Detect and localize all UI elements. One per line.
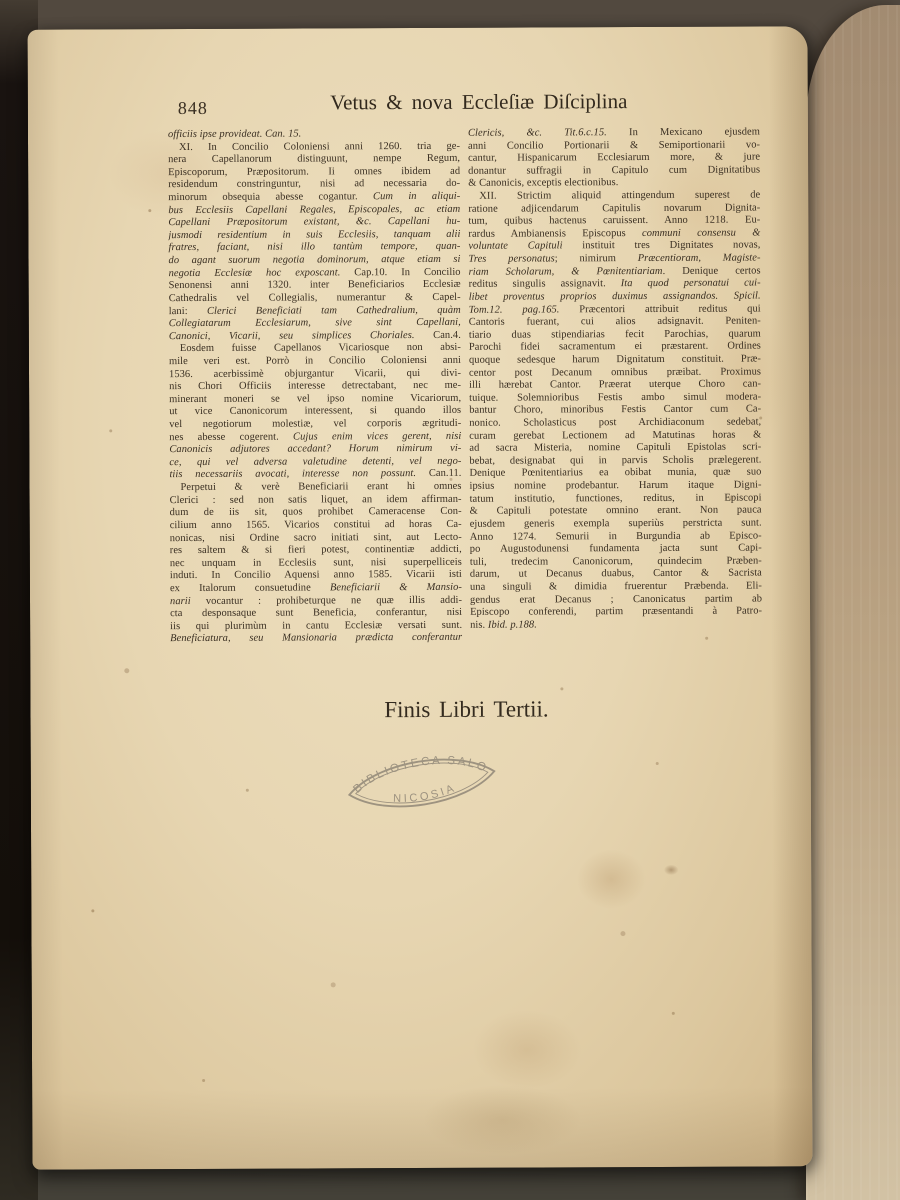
text-line: curam gerebat Lectionem ad Matutinas hor… bbox=[469, 429, 761, 443]
text-line: ipsius nomine prodebantur. Harum itaque … bbox=[469, 480, 761, 494]
text-line: tiario duas stipendiarias fecit Parochia… bbox=[469, 328, 761, 342]
text-line: illi hærebat Cantor. Præerat uterque Cho… bbox=[469, 379, 761, 393]
photo-backdrop: 848 Vetus & nova Eccleſiæ Diſciplina off… bbox=[0, 0, 900, 1200]
text-line: vel negotiorum molestiæ, vel corporis æg… bbox=[169, 418, 461, 432]
text-line: cilium anno 1565. Vicarios constitui ad … bbox=[170, 519, 462, 533]
book-page: 848 Vetus & nova Eccleſiæ Diſciplina off… bbox=[28, 26, 813, 1169]
text-line: ex Italorum consuetudine Beneficiarii & … bbox=[170, 582, 462, 596]
text-line: officiis ipse provideat. Can. 15. bbox=[168, 128, 460, 142]
stain bbox=[472, 1009, 582, 1089]
text-line: residendum constringuntur, nisi ad neces… bbox=[168, 178, 460, 192]
text-line: tiis necessariis avocati, interesse non … bbox=[169, 468, 461, 482]
text-line: XI. In Concilio Coloniensi anni 1260. tr… bbox=[168, 140, 460, 154]
text-line: ratione adjicendarum Capitulis novarum D… bbox=[468, 202, 760, 216]
text-line: nonico. Scholasticus post Archidiaconum … bbox=[469, 417, 761, 431]
text-line: minorum obsequia abesse cogantur. Cum in… bbox=[168, 191, 460, 205]
text-line: Denique Pœnitentiarius ea obibat munia, … bbox=[469, 467, 761, 481]
text-line: quoque sedesque harum Dignitatum constit… bbox=[469, 353, 761, 367]
text-line: Episcoporum, Præpositorum. Ii omnes ibid… bbox=[168, 166, 460, 180]
text-line: rardus Ambianensis Episcopus communi con… bbox=[468, 227, 760, 241]
text-line: Cathedralis vel Collegialis, numerantur … bbox=[169, 292, 461, 306]
library-stamp: BIBLIOTECA SALO NICOSIA bbox=[338, 734, 506, 832]
two-column-text: officiis ipse provideat. Can. 15.XI. In … bbox=[168, 127, 762, 647]
text-line: darum, ut Decanus duabus, Cantor & Sacri… bbox=[470, 568, 762, 582]
text-line: mile veri est. Porrò in Concilio Colonie… bbox=[169, 355, 461, 369]
adjacent-page-edge bbox=[806, 5, 900, 1200]
text-line: fratres, faciant, nisi illo tantùm tempo… bbox=[168, 241, 460, 255]
finis-line: Finis Libri Tertii. bbox=[170, 695, 762, 724]
text-line: nonicas, nisi Ordine sacro initiati sint… bbox=[170, 531, 462, 545]
text-line: tum, quibus hactenus caruissent. Anno 12… bbox=[468, 215, 760, 229]
text-line: nes abesse cogerent. Cujus enim vices ge… bbox=[169, 430, 461, 444]
stain bbox=[664, 865, 678, 875]
text-block: 848 Vetus & nova Eccleſiæ Diſciplina off… bbox=[168, 89, 763, 725]
text-line: nec unquam in Ecclesiis sunt, nisi super… bbox=[170, 557, 462, 571]
foxing-speckles bbox=[28, 30, 31, 33]
text-line: Beneficiatura, seu Mansionaria prædicta … bbox=[170, 632, 462, 646]
text-line: Cantoris fuerant, cui alios adsignavit. … bbox=[469, 316, 761, 330]
text-line: Clerici : sed non satis liquet, an idem … bbox=[170, 493, 462, 507]
text-line: 1536. acerbissimè objurgantur Vicarii, q… bbox=[169, 367, 461, 381]
text-line: una singuli & dimidia fruerentur Præbend… bbox=[470, 580, 762, 594]
text-line: libet proventus proprios duximus assigna… bbox=[469, 290, 761, 304]
text-line: bus Ecclesiis Capellani Regales, Episcop… bbox=[168, 203, 460, 217]
text-line: Perpetui & verè Beneficiarii erant hi om… bbox=[169, 481, 461, 495]
text-line: XII. Strictim aliquid attingendum supere… bbox=[468, 190, 760, 204]
text-line: Eosdem fuisse Capellanos Vicariosque non… bbox=[169, 342, 461, 356]
text-line: Anno 1274. Semurii in Burgundia ab Episc… bbox=[470, 530, 762, 544]
text-line: centor post Decanum omnibus præibat. Pro… bbox=[469, 366, 761, 380]
text-line: Collegiatarum Ecclesiarum, sive sint Cap… bbox=[169, 317, 461, 331]
text-line: Canonici, Vicarii, seu simplices Chorial… bbox=[169, 330, 461, 344]
text-line: nis Chori Officiis interesse detrectaban… bbox=[169, 380, 461, 394]
text-line: gendus erat Decanus ; Canonicatus partim… bbox=[470, 593, 762, 607]
text-line: voluntate Capituli instituit tres Dignit… bbox=[468, 240, 760, 254]
text-line: lani: Clerici Beneficiati tam Cathedrali… bbox=[169, 304, 461, 318]
text-line: tatum institutio, functiones, reditus, i… bbox=[470, 492, 762, 506]
text-line: do agant suorum negotia dominorum, atque… bbox=[169, 254, 461, 268]
text-line: reditus singulis assignavit. Ita quod pe… bbox=[469, 278, 761, 292]
text-line: dum de iis sit, quos prohibet Cameracens… bbox=[170, 506, 462, 520]
text-line: jusmodi residentium in suis Ecclesiis, t… bbox=[168, 229, 460, 243]
text-line: minerant moneri se vel ipso nomine Vicar… bbox=[169, 393, 461, 407]
text-line: Capellani Præpositorum existant, &c. Cap… bbox=[168, 216, 460, 230]
text-line: Senonensi anni 1320. inter Beneficiarios… bbox=[169, 279, 461, 293]
text-line: Tres personatus; nimirum Præcentioram, M… bbox=[468, 253, 760, 267]
right-column: Clericis, &c. Tit.6.c.15. In Mexicano ej… bbox=[468, 127, 762, 645]
text-line: Episcopo conferendi, partim præsentandi … bbox=[470, 606, 762, 620]
text-line: cta desponsaque sunt Beneficia, conferan… bbox=[170, 607, 462, 621]
text-line: & Capituli potestate omnino erant. Non p… bbox=[470, 505, 762, 519]
text-line: nera Capellanorum distinguunt, nempe Reg… bbox=[168, 153, 460, 167]
text-line: Canonicis adjutores accedant? Horum nimi… bbox=[169, 443, 461, 457]
text-line: res saltem & si fieri potest, continenti… bbox=[170, 544, 462, 558]
left-column: officiis ipse provideat. Can. 15.XI. In … bbox=[168, 128, 462, 646]
text-line: bebat, designabat qui in parvis Scholis … bbox=[469, 454, 761, 468]
text-line: tuique. Solemnioribus Festis ambo simul … bbox=[469, 391, 761, 405]
stain bbox=[576, 849, 646, 909]
text-line: narii vocantur : prohibeturque ne quæ il… bbox=[170, 594, 462, 608]
text-line: tuli, tredecim Canonicorum, quindecim Pr… bbox=[470, 555, 762, 569]
text-line: induti. In Concilio Aquensi anno 1585. V… bbox=[170, 569, 462, 583]
text-line: iis qui plurimùm in cantu Ecclesiæ versa… bbox=[170, 620, 462, 634]
text-line: ad sacra Misteria, nomine Capituli Epist… bbox=[469, 442, 761, 456]
text-line: Tom.12. pag.165. Præcentori attribuit re… bbox=[469, 303, 761, 317]
text-line: riam Scholarum, & Pœnitentiariam. Deniqu… bbox=[469, 265, 761, 279]
stain bbox=[422, 1084, 582, 1155]
text-line: nis. Ibid. p.188. bbox=[470, 618, 762, 632]
page-number: 848 bbox=[178, 98, 208, 119]
text-line: Parochi fidei sacramentum ei præstarent.… bbox=[469, 341, 761, 355]
page-header: 848 Vetus & nova Eccleſiæ Diſciplina bbox=[168, 89, 760, 126]
text-line: ce, qui vel adversa valetudine detenti, … bbox=[169, 456, 461, 470]
text-line: donantur suffragii in Capitulo cum Digni… bbox=[468, 164, 760, 178]
text-line: ejusdem generis exempla superiùs perstri… bbox=[470, 517, 762, 531]
text-line: po Augustodunensi fundamenta jacta sunt … bbox=[470, 543, 762, 557]
text-line: bantur Choro, minoribus Festis Cantor cu… bbox=[469, 404, 761, 418]
running-title: Vetus & nova Eccleſiæ Diſciplina bbox=[168, 89, 760, 117]
text-line: negotia Ecclesiæ hoc exposcant. Cap.10. … bbox=[169, 267, 461, 281]
text-line: ut vice Canonicorum interessent, si quan… bbox=[169, 405, 461, 419]
